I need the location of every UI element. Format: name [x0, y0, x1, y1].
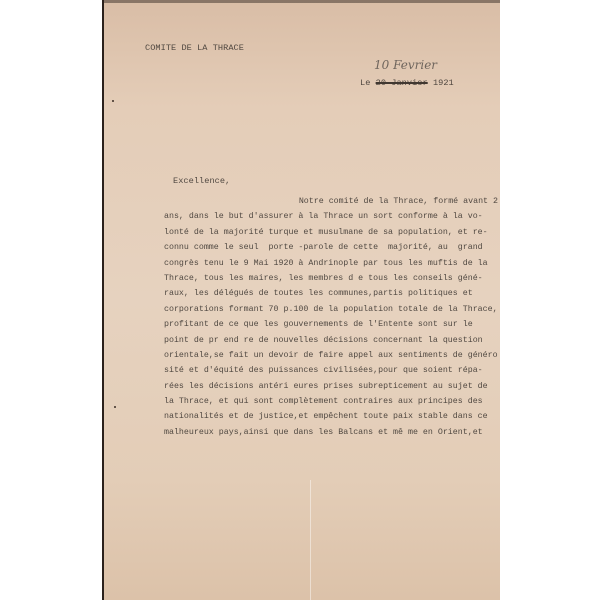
body-line: lonté de la majorité turque et musulmane…: [164, 225, 498, 240]
paper-speck: [112, 100, 114, 102]
salutation: Excellence,: [173, 176, 230, 186]
date-year: 1921: [433, 78, 454, 88]
letter-body: Notre comité de la Thrace, formé avant 2…: [164, 194, 498, 440]
date-prefix: Le: [360, 78, 370, 88]
body-line: orientale,se fait un devoir de faire app…: [164, 348, 498, 363]
body-line: point de pr end re de nouvelles décision…: [164, 333, 498, 348]
body-line: rées les décisions antéri eures prises s…: [164, 379, 498, 394]
body-line: profitant de ce que les gouvernements de…: [164, 317, 498, 332]
body-line: la Thrace, et qui sont complètement cont…: [164, 394, 498, 409]
date-line: Le 20 Janvier 1921: [360, 78, 454, 88]
body-line: nationalités et de justice,et empêchent …: [164, 409, 498, 424]
body-line: connu comme le seul porte -parole de cet…: [164, 240, 498, 255]
body-line: malheureux pays,ainsi que dans les Balca…: [164, 425, 498, 440]
body-line: corporations formant 70 p.100 de la popu…: [164, 302, 498, 317]
body-line: congrès tenu le 9 Mai 1920 à Andrinople …: [164, 256, 498, 271]
body-line: Notre comité de la Thrace, formé avant 2: [164, 194, 498, 209]
struck-date: 20 Janvier: [376, 78, 428, 88]
paper-fold-crease: [310, 480, 311, 600]
paper-speck: [114, 406, 116, 408]
body-line: raux, les délégués de toutes les commune…: [164, 286, 498, 301]
body-line: Thrace, tous les maires, les membres d e…: [164, 271, 498, 286]
handwritten-date-correction: 10 Fevrier: [374, 58, 437, 72]
letterhead: COMITE DE LA THRACE: [145, 43, 244, 53]
letter-page: COMITE DE LA THRACE 10 Fevrier Le 20 Jan…: [102, 0, 500, 600]
body-line: sité et d'équité des puissances civilisé…: [164, 363, 498, 378]
body-line: ans, dans le but d'assurer à la Thrace u…: [164, 209, 498, 224]
